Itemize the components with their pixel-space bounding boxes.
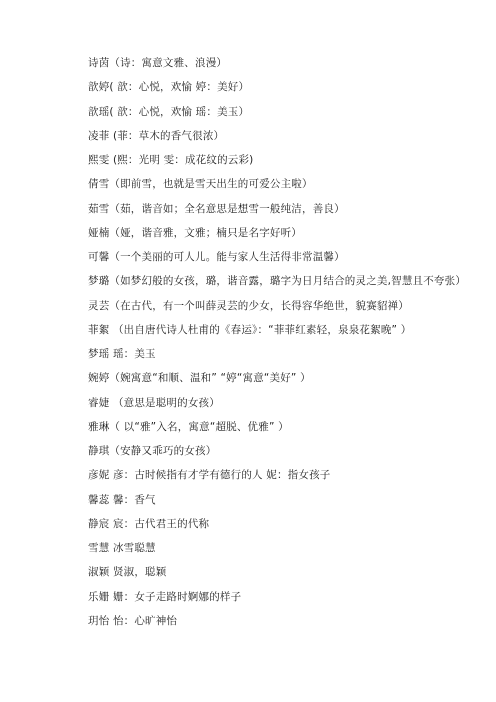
name-entry: 灵芸（在古代，有一个叫薛灵芸的少女，长得容华绝世，貌赛貂禅）: [88, 298, 466, 322]
name-entry: 可馨（一个美丽的可人儿。能与家人生活得非常温馨）: [88, 249, 466, 273]
name-list: 诗茵（诗：寓意文雅、浪漫） 歆婷( 歆：心悦，欢愉 婷：美好） 歆瑶( 歆：心悦…: [88, 55, 466, 637]
name-entry: 雪慧 冰雪聪慧: [88, 540, 466, 564]
document-page: 诗茵（诗：寓意文雅、浪漫） 歆婷( 歆：心悦，欢愉 婷：美好） 歆瑶( 歆：心悦…: [0, 0, 496, 702]
name-entry: 茹雪（茹，谐音如；全名意思是想雪一般纯洁，善良）: [88, 201, 466, 225]
name-entry: 雅琳（ 以“雅”入名，寓意“超脱、优雅” ）: [88, 419, 466, 443]
name-entry: 梦瑶 瑶：美玉: [88, 346, 466, 370]
name-entry: 熙雯 (熙：光明 雯：成花纹的云彩): [88, 152, 466, 176]
name-entry: 歆婷( 歆：心悦，欢愉 婷：美好）: [88, 79, 466, 103]
name-entry: 彦妮 彦：古时候指有才学有德行的人 妮：指女孩子: [88, 467, 466, 491]
name-entry: 菲絮 （出自唐代诗人杜甫的《春运》：“菲菲红素轻，泉泉花絮晚” ）: [88, 322, 466, 346]
name-entry: 倩雪（即前雪，也就是雪天出生的可爱公主啦）: [88, 176, 466, 200]
name-entry: 淑颖 贤淑，聪颖: [88, 564, 466, 588]
name-entry: 静琪（安静又乖巧的女孩）: [88, 443, 466, 467]
name-entry: 乐姗 姗：女子走路时婀娜的样子: [88, 589, 466, 613]
name-entry: 婉婷（婉寓意“和顺、温和” “婷“寓意“美好” ）: [88, 370, 466, 394]
name-entry: 歆瑶( 歆：心悦，欢愉 瑶：美玉）: [88, 104, 466, 128]
name-entry: 馨蕊 馨：香气: [88, 492, 466, 516]
name-entry: 睿婕 （意思是聪明的女孩）: [88, 395, 466, 419]
name-entry: 玥怡 怡：心旷神怡: [88, 613, 466, 637]
name-entry: 凌菲 (菲：草木的香气很浓）: [88, 128, 466, 152]
name-entry: 静宸 宸：古代君王的代称: [88, 516, 466, 540]
name-entry: 梦璐（如梦幻般的女孩，璐，谐音露，璐字为日月结合的灵之美,智慧且不夸张）: [88, 273, 466, 297]
name-entry: 诗茵（诗：寓意文雅、浪漫）: [88, 55, 466, 79]
name-entry: 娅楠（娅，谐音雅，文雅；楠只是名字好听）: [88, 225, 466, 249]
